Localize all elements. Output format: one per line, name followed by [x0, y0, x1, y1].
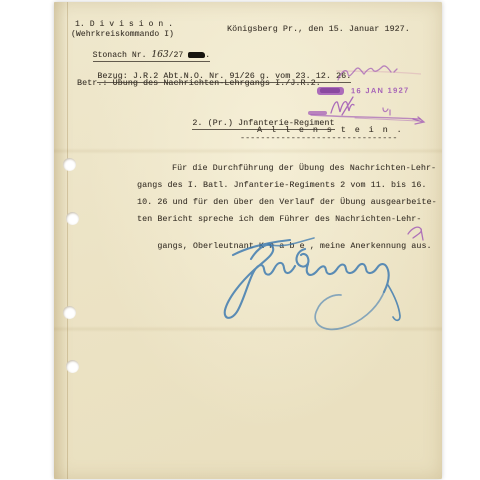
- body-line-5: gangs, Oberleutnant K n a b e , meine An…: [137, 232, 432, 262]
- body-line-1: Für die Durchführung der Übung des Nachr…: [172, 164, 436, 174]
- dashed-rule: -------------------------------: [240, 134, 397, 144]
- body-line-2: gangs des I. Batl. Jnfanterie-Regiments …: [137, 181, 427, 191]
- sender-wehrkreis-line: (Wehrkreiskommando I): [71, 30, 174, 40]
- paper-crease: [54, 148, 442, 154]
- file-number-handwritten: 163: [151, 50, 168, 60]
- dateline: Königsberg Pr., den 15. Januar 1927.: [227, 25, 410, 35]
- file-number-underlined: Stonach Nr. 163/27 .: [93, 51, 211, 62]
- punch-hole: [66, 360, 79, 373]
- paper-fold-left: [54, 2, 68, 479]
- body-line-4: ten Bericht spreche ich dem Führer des N…: [137, 215, 421, 225]
- scanned-document-page: 1. D i v i s i o n . (Wehrkreiskommando …: [0, 0, 480, 480]
- body-line-5-prefix: gangs, Oberleutnant K n a b e ,: [157, 242, 320, 251]
- punch-hole: [63, 306, 76, 319]
- file-number-suffix: /27: [169, 51, 189, 60]
- sender-division-line: 1. D i v i s i o n .: [75, 20, 173, 30]
- punch-hole: [66, 212, 79, 225]
- body-line-3: 10. 26 und für den über den Verlauf der …: [137, 198, 437, 208]
- file-number-period: .: [205, 51, 210, 60]
- received-stamp-date: 16 JAN 1927: [351, 86, 410, 96]
- file-number-prefix: Stonach Nr.: [93, 51, 152, 60]
- paper-crease: [54, 326, 442, 332]
- redaction-mark: [188, 52, 205, 58]
- punch-hole: [63, 158, 76, 171]
- body-line-5-emphasis: meine Anerkennung aus.: [320, 242, 432, 251]
- subject-line: Betr.: Übung des Nachrichten-Lehrgangs I…: [77, 79, 321, 89]
